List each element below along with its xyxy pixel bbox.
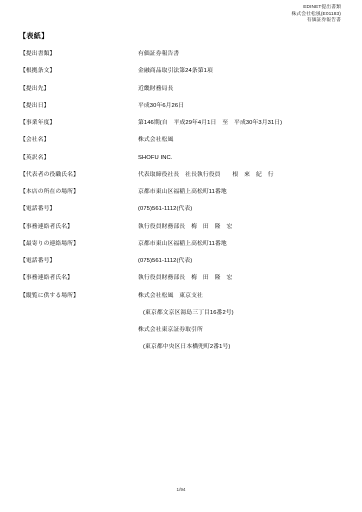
field-value: 株式会社松風 [138,137,344,144]
field-row-submitted-document: 【提出書類】 有価証券報告書 [20,51,344,68]
field-label: 【提出書類】 [20,51,138,58]
field-value: (075)561-1112(代表) [138,258,344,265]
cover-fields: 【提出書類】 有価証券報告書 【根拠条文】 金融商品取引法第24条第1項 【提出… [20,51,344,362]
field-row-contact-person-1: 【事務連絡者氏名】 執行役員財務部長 梅 田 隆 宏 [20,224,344,241]
field-value: 京都市東山区福稲上高松町11番地 [138,189,344,196]
field-row-phone-number-1: 【電話番号】 (075)561-1112(代表) [20,206,344,223]
page-number: 1/94 [0,487,362,492]
field-value: 株式会社東京証券取引所 [138,327,344,334]
cover-title: 【表紙】 [19,31,49,41]
field-value: 平成30年6月26日 [138,103,344,110]
field-row-phone-number-2: 【電話番号】 (075)561-1112(代表) [20,258,344,275]
edinet-header-line1: EDINET提出書類 [291,5,341,12]
field-row-submitted-to: 【提出先】 近畿財務局長 [20,86,344,103]
field-label: 【英訳名】 [20,155,138,162]
field-row-tokyo-stock-exchange: 株式会社東京証券取引所 [20,327,344,344]
field-value: 株式会社松風 東京支社 [138,293,344,300]
field-value: 京都市東山区福稲上高松町11番地 [138,241,344,248]
field-value: SHOFU INC. [138,155,344,162]
field-row-legal-basis: 【根拠条文】 金融商品取引法第24条第1項 [20,68,344,85]
field-label: 【事務連絡者氏名】 [20,275,138,282]
field-row-fiscal-year: 【事業年度】 第146期(自 平成29年4月1日 至 平成30年3月31日) [20,120,344,137]
field-label: 【本店の所在の場所】 [20,189,138,196]
field-value: 執行役員財務部長 梅 田 隆 宏 [138,224,344,231]
field-label: 【会社名】 [20,137,138,144]
field-value: 代表取締役社長 社長執行役員 根 來 紀 行 [138,172,344,179]
field-value: (東京都中央区日本橋兜町2番1号) [138,344,344,351]
field-row-tokyo-branch-address: (東京都文京区湯島三丁目16番2号) [20,310,344,327]
field-label: 【代表者の役職氏名】 [20,172,138,179]
field-row-submission-date: 【提出日】 平成30年6月26日 [20,103,344,120]
field-label: 【提出先】 [20,86,138,93]
field-row-public-inspection-place: 【縦覧に供する場所】 株式会社松風 東京支社 [20,293,344,310]
field-row-nearest-contact-place: 【最寄りの連絡場所】 京都市東山区福稲上高松町11番地 [20,241,344,258]
field-value: 有価証券報告書 [138,51,344,58]
field-label: 【提出日】 [20,103,138,110]
field-label: 【最寄りの連絡場所】 [20,241,138,248]
field-label: 【事務連絡者氏名】 [20,224,138,231]
field-row-contact-person-2: 【事務連絡者氏名】 執行役員財務部長 梅 田 隆 宏 [20,275,344,292]
edinet-header: EDINET提出書類 株式会社松風(E01183) 有価証券報告書 [291,5,341,25]
field-label: 【電話番号】 [20,258,138,265]
field-value: 金融商品取引法第24条第1項 [138,68,344,75]
field-label: 【事業年度】 [20,120,138,127]
edinet-header-line3: 有価証券報告書 [291,18,341,25]
field-value: (075)561-1112(代表) [138,206,344,213]
field-value: (東京都文京区湯島三丁目16番2号) [138,310,344,317]
field-label: 【根拠条文】 [20,68,138,75]
field-value: 執行役員財務部長 梅 田 隆 宏 [138,275,344,282]
field-row-english-name: 【英訳名】 SHOFU INC. [20,155,344,172]
field-value: 近畿財務局長 [138,86,344,93]
field-row-representative: 【代表者の役職氏名】 代表取締役社長 社長執行役員 根 來 紀 行 [20,172,344,189]
field-value: 第146期(自 平成29年4月1日 至 平成30年3月31日) [138,120,344,127]
field-row-company-name: 【会社名】 株式会社松風 [20,137,344,154]
field-row-head-office-location: 【本店の所在の場所】 京都市東山区福稲上高松町11番地 [20,189,344,206]
field-label: 【電話番号】 [20,206,138,213]
field-row-tse-address: (東京都中央区日本橋兜町2番1号) [20,344,344,361]
field-label: 【縦覧に供する場所】 [20,293,138,300]
document-page: EDINET提出書類 株式会社松風(E01183) 有価証券報告書 【表紙】 【… [0,0,362,512]
